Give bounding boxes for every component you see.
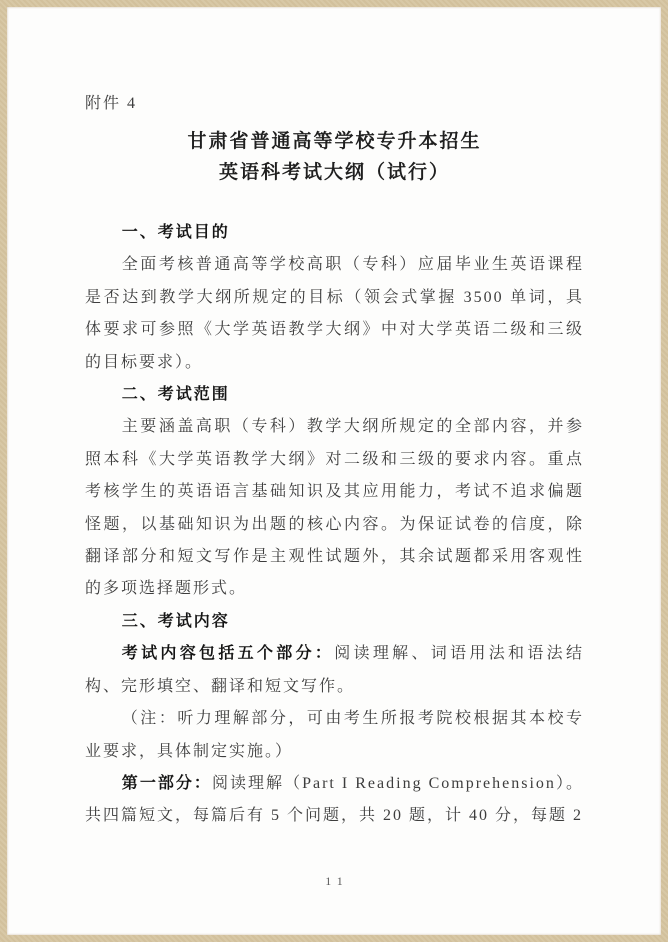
document-title-line2: 英语科考试大纲（试行） [85, 157, 584, 188]
section-heading-exam-scope: 二、考试范围 [85, 379, 584, 411]
section-heading-exam-content: 三、考试内容 [85, 606, 584, 638]
paragraph: 全面考核普通高等学校高职（专科）应届毕业生英语课程是否达到教学大纲所规定的目标（… [85, 249, 584, 379]
paragraph-text: 主要涵盖高职（专科）教学大纲所规定的全部内容，并参照本科《大学英语教学大纲》对二… [85, 418, 584, 597]
paragraph: 考试内容包括五个部分：阅读理解、词语用法和语法结构、完形填空、翻译和短文写作。 [85, 638, 584, 703]
page-number: 11 [7, 874, 661, 889]
document-title: 甘肃省普通高等学校专升本招生 英语科考试大纲（试行） [85, 126, 584, 188]
paragraph-part1: 第一部分：阅读理解（Part I Reading Comprehension）。… [85, 768, 584, 833]
paragraph-note: （注：听力理解部分，可由考生所报考院校根据其本校专业要求，具体制定实施。） [85, 703, 584, 768]
attachment-label: 附件 4 [85, 95, 584, 112]
paragraph-lead: 考试内容包括五个部分： [122, 645, 334, 662]
paragraph: 主要涵盖高职（专科）教学大纲所规定的全部内容，并参照本科《大学英语教学大纲》对二… [85, 411, 584, 605]
document-background: { "doc": { "attachment_label": "附件 4", "… [0, 0, 668, 942]
section-heading-exam-purpose: 一、考试目的 [85, 217, 584, 249]
paragraph-lead: 第一部分： [122, 775, 212, 792]
paragraph-text: （注：听力理解部分，可由考生所报考院校根据其本校专业要求，具体制定实施。） [85, 710, 584, 759]
document-content: 附件 4 甘肃省普通高等学校专升本招生 英语科考试大纲（试行） 一、考试目的 全… [7, 7, 661, 833]
document-body: 一、考试目的 全面考核普通高等学校高职（专科）应届毕业生英语课程是否达到教学大纲… [85, 217, 584, 833]
paragraph-text: 全面考核普通高等学校高职（专科）应届毕业生英语课程是否达到教学大纲所规定的目标（… [85, 256, 584, 370]
document-page: 附件 4 甘肃省普通高等学校专升本招生 英语科考试大纲（试行） 一、考试目的 全… [7, 7, 661, 935]
document-title-line1: 甘肃省普通高等学校专升本招生 [85, 126, 584, 157]
